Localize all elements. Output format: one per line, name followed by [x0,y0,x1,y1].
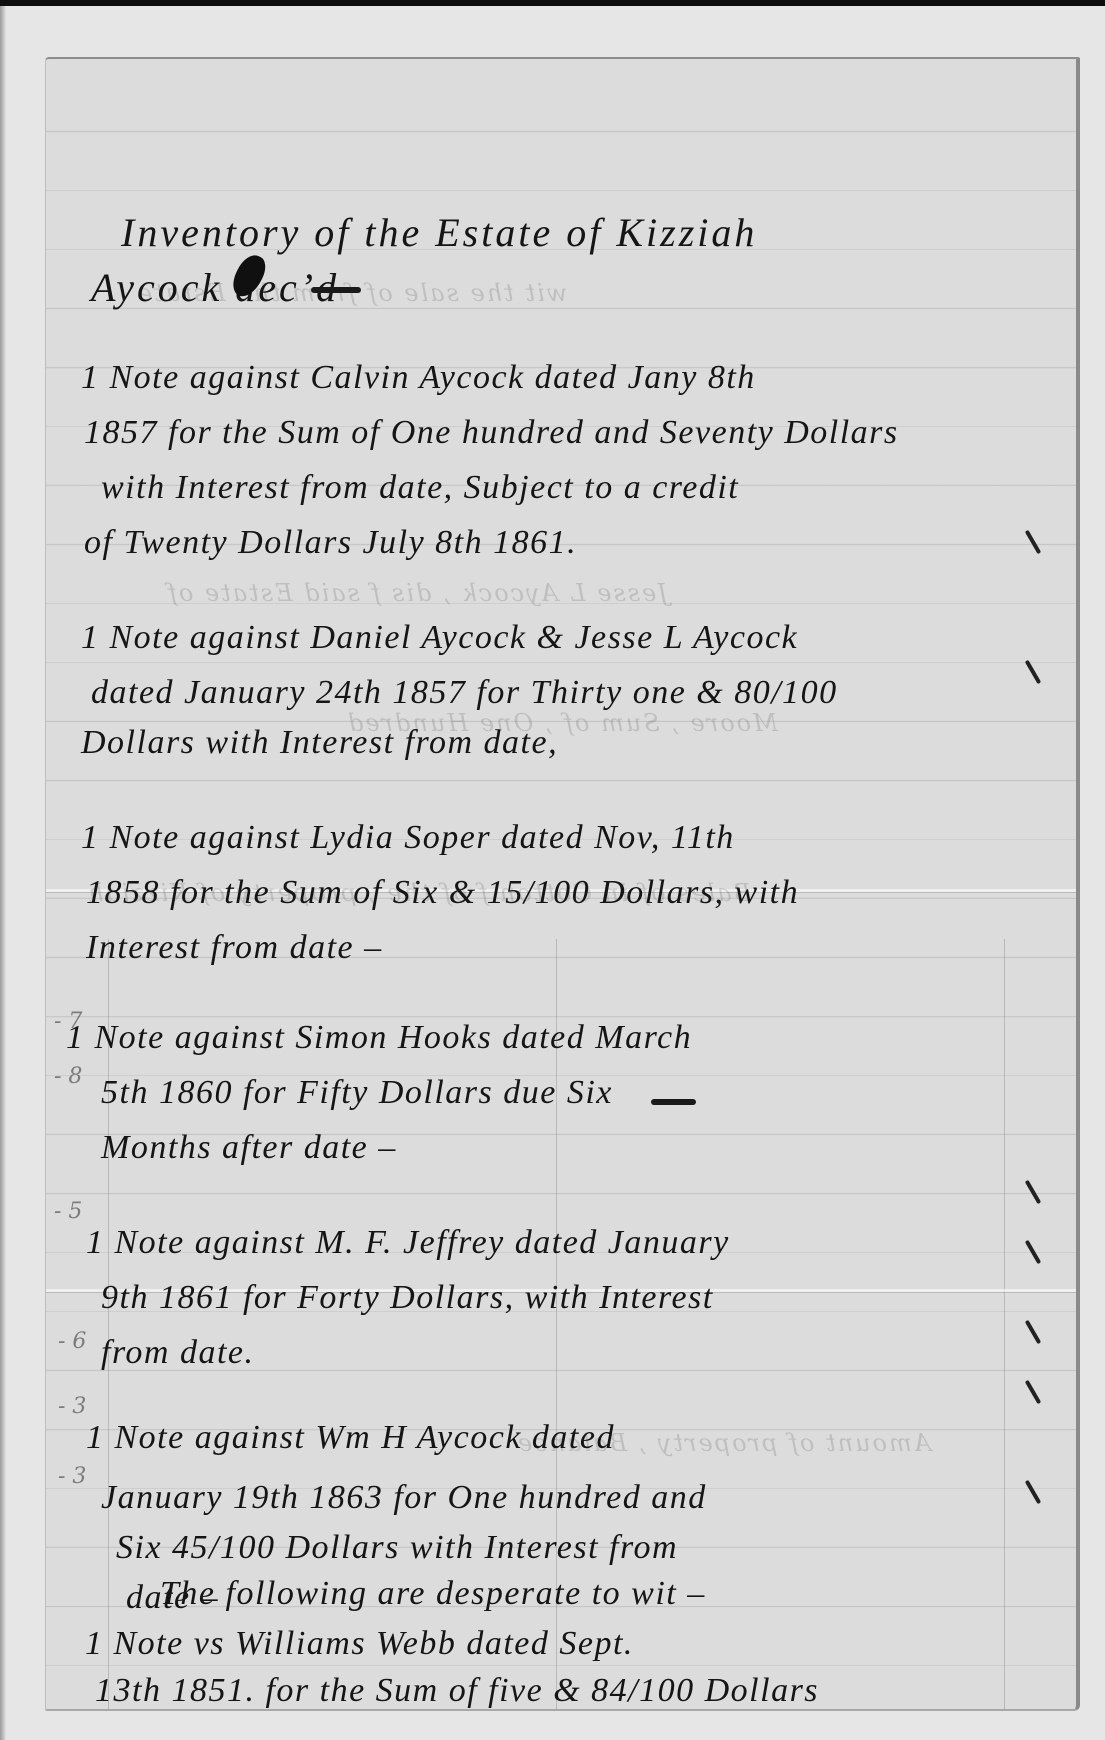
entry-4-line-2: 5th 1860 for Fifty Dollars due Six [101,1074,613,1112]
document-title-line-2: Aycock dec’d [91,264,339,311]
desperate-heading: The following are desperate to wit – [160,1575,706,1613]
entry-6-line-1: 1 Note against Wm H Aycock dated [86,1419,615,1457]
margin-mark: - 8 [54,1064,82,1089]
entry-1-line-4: of Twenty Dollars July 8th 1861. [84,524,577,562]
desperate-line-1: 1 Note vs Williams Webb dated Sept. [85,1625,634,1663]
entry-5-line-1: 1 Note against M. F. Jeffrey dated Janua… [86,1224,730,1262]
ink-strikethrough [311,287,361,293]
entry-2-line-3: Dollars with Interest from date, [81,724,558,762]
entry-3-line-2: 1858 for the Sum of Six & 15/100 Dollars… [86,874,799,912]
margin-mark: - 5 [54,1199,82,1224]
desperate-line-2: 13th 1851. for the Sum of five & 84/100 … [95,1672,819,1710]
entry-3-line-3: Interest from date – [86,929,383,967]
entry-2-line-2: dated January 24th 1857 for Thirty one &… [91,674,838,712]
ink-strikethrough [651,1099,696,1105]
document-title-line-1: Inventory of the Estate of Kizziah [121,209,757,256]
manuscript-page: wit the sale of from the Estate Jesse L … [45,57,1080,1711]
ledger-column-line [1004,939,1005,1709]
entry-4-line-3: Months after date – [101,1129,397,1167]
scan-top-edge [0,0,1105,6]
scan-left-edge [0,6,6,1740]
entry-1-line-3: with Interest from date, Subject to a cr… [101,469,739,507]
margin-mark: - 6 [58,1329,86,1354]
entry-6-line-3: Six 45/100 Dollars with Interest from [116,1529,678,1567]
entry-6-line-2: January 19th 1863 for One hundred and [101,1479,707,1517]
entry-3-line-1: 1 Note against Lydia Soper dated Nov, 11… [81,819,735,857]
margin-mark: - 3 [58,1464,86,1489]
entry-5-line-2: 9th 1861 for Forty Dollars, with Interes… [101,1279,714,1317]
entry-5-line-3: from date. [101,1334,255,1372]
entry-2-line-1: 1 Note against Daniel Aycock & Jesse L A… [81,619,798,657]
margin-mark: - 3 [58,1394,86,1419]
entry-1-line-1: 1 Note against Calvin Aycock dated Jany … [81,359,756,397]
reverse-bleed-text: Jesse L Aycock , dis f said Estate of [166,579,668,607]
entry-4-line-1: 1 Note against Simon Hooks dated March [66,1019,692,1057]
entry-1-line-2: 1857 for the Sum of One hundred and Seve… [84,414,899,452]
